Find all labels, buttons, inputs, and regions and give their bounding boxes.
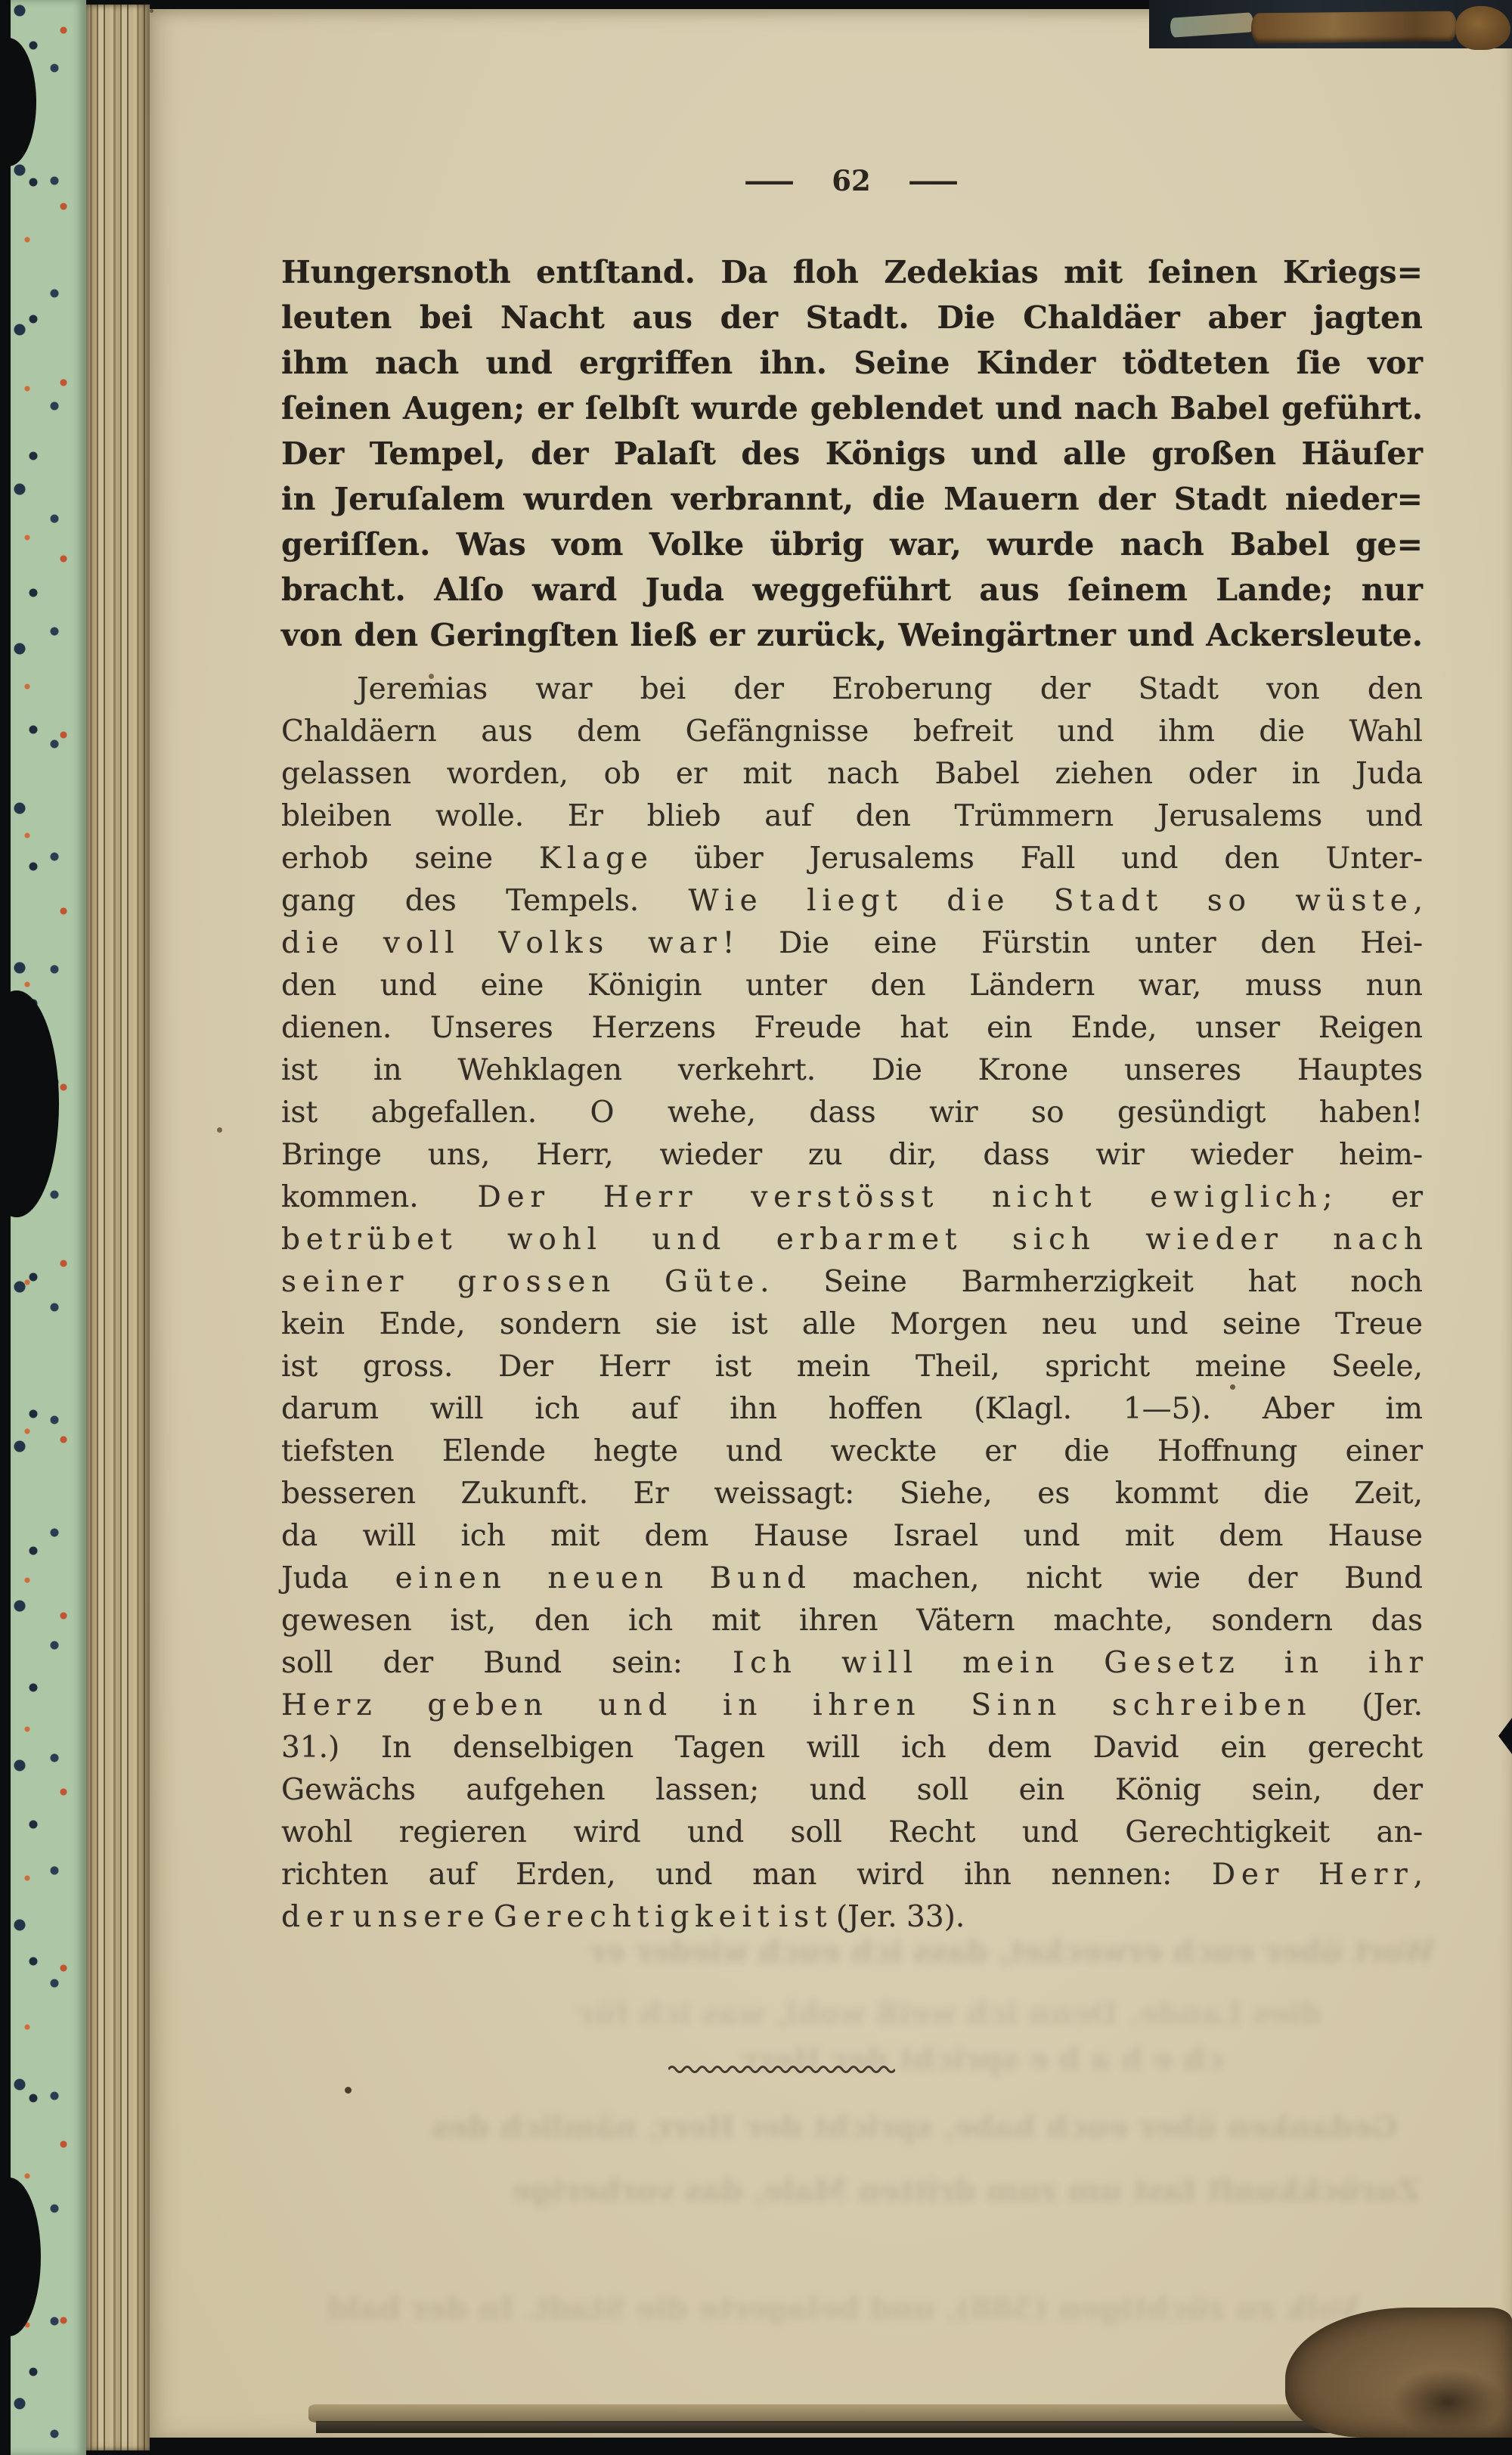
antiqua-line: erhob seine K l a g e über Jerusalems Fa…	[281, 838, 1423, 880]
bleedthrough-text: Gedanken über euch habe, spricht der Her…	[263, 2109, 1397, 2145]
paper-specks	[150, 9, 153, 13]
antiqua-line: s e i n e r g r o s s e n G ü t e . Sein…	[281, 1261, 1423, 1303]
fraktur-line: von den Geringſten ließ er zurück, Weing…	[281, 612, 1423, 658]
book-page: — 62 — Hungersnoth entſtand. Da floh Zed…	[150, 9, 1512, 2438]
antiqua-line: richten auf Erden, und man wird ihn nenn…	[281, 1854, 1423, 1896]
antiqua-line: Chaldäern aus dem Gefängnisse befreit un…	[281, 711, 1423, 753]
fraktur-paragraph: Hungersnoth entſtand. Da floh Zedekias m…	[281, 250, 1423, 658]
antiqua-line: ist in Wehklagen verkehrt. Die Krone uns…	[281, 1049, 1423, 1092]
antiqua-line: ist gross. Der Herr ist mein Theil, spri…	[281, 1346, 1423, 1388]
bleedthrough-text: dies Lande. Denn ich weiß wohl, was ich …	[339, 1996, 1321, 2032]
header-dash-left: —	[743, 164, 796, 197]
corner-damage-shadow	[1391, 2368, 1504, 2436]
leather-spine-strip	[1251, 11, 1457, 44]
page-header: — 62 —	[281, 164, 1421, 197]
antiqua-line: da will ich mit dem Hause Israel und mit…	[281, 1515, 1423, 1558]
fraktur-line: Hungersnoth entſtand. Da floh Zedekias m…	[281, 250, 1423, 295]
antiqua-line: d i e v o l l V o l k s w a r ! Die eine…	[281, 922, 1423, 965]
antiqua-line: Bringe uns, Herr, wieder zu dir, dass wi…	[281, 1134, 1423, 1176]
antiqua-line: H e r z g e b e n u n d i n i h r e n S …	[281, 1685, 1423, 1727]
header-dash-right: —	[906, 164, 959, 197]
antiqua-line: Jeremias war bei der Eroberung der Stadt…	[281, 668, 1423, 711]
antiqua-line: besseren Zukunft. Er weissagt: Siehe, es…	[281, 1473, 1423, 1515]
antiqua-paragraph: Jeremias war bei der Eroberung der Stadt…	[281, 668, 1423, 1939]
page-edge-stack	[86, 5, 150, 2450]
antiqua-line: bleiben wolle. Er blieb auf den Trümmern…	[281, 795, 1423, 838]
fraktur-line: ihm nach und ergriffen ihn. Seine Kinder…	[281, 340, 1423, 386]
bleedthrough-text: Zurückkunft fast um zum dritten Male, da…	[240, 2173, 1420, 2209]
book-scan: { "page": { "number": "62", "dash": "\u2…	[0, 0, 1512, 2455]
antiqua-line: gewesen ist, den ich mit ihren Vätern ma…	[281, 1600, 1423, 1642]
antiqua-line: dienen. Unseres Herzens Freude hat ein E…	[281, 1007, 1423, 1049]
fraktur-line: in Jeruſalem wurden verbrannt, die Mauer…	[281, 476, 1423, 522]
bleedthrough-text: ch e h a b e spricht der Herr	[543, 2041, 1223, 2077]
antiqua-line: darum will ich auf ihn hoffen (Klagl. 1—…	[281, 1388, 1423, 1431]
antiqua-line: Juda e i n e n n e u e n B u n d machen,…	[281, 1558, 1423, 1600]
fraktur-line: leuten bei Nacht aus der Stadt. Die Chal…	[281, 295, 1423, 340]
antiqua-line: gang des Tempels. W i e l i e g t d i e …	[281, 880, 1423, 922]
antiqua-line: gelassen worden, ob er mit nach Babel zi…	[281, 753, 1423, 795]
bleedthrough-text: Volk zu züchtigen (588), und belagerte d…	[301, 2291, 1359, 2326]
marbled-cover-edge	[11, 0, 86, 2455]
antiqua-line: kommen. D e r H e r r v e r s t ö s s t …	[281, 1176, 1423, 1219]
antiqua-line: 31.) In denselbigen Tagen will ich dem D…	[281, 1727, 1423, 1769]
antiqua-line: Gewächs aufgehen lassen; und soll ein Kö…	[281, 1769, 1423, 1812]
fraktur-line: geriſſen. Was vom Volke übrig war, wurde…	[281, 522, 1423, 567]
antiqua-line: tiefsten Elende hegte und weckte er die …	[281, 1431, 1423, 1473]
antiqua-line: den und eine Königin unter den Ländern w…	[281, 965, 1423, 1007]
antiqua-line: soll der Bund sein: I c h w i l l m e i …	[281, 1642, 1423, 1685]
antiqua-line: ist abgefallen. O wehe, dass wir so gesü…	[281, 1092, 1423, 1134]
fraktur-line: Der Tempel, der Palaſt des Königs und al…	[281, 431, 1423, 476]
antiqua-line: wohl regieren wird und soll Recht und Ge…	[281, 1812, 1423, 1854]
antiqua-line: d e r u n s e r e G e r e c h t i g k e …	[281, 1896, 1423, 1939]
fraktur-line: bracht. Alſo ward Juda weggeführt aus ſe…	[281, 567, 1423, 612]
page-number: 62	[832, 164, 871, 197]
fraktur-line: ſeinen Augen; er ſelbſt wurde geblendet …	[281, 386, 1423, 431]
bleedthrough-text: Wort über euch erwecket, dass ich euch w…	[376, 1934, 1435, 1970]
antiqua-line: b e t r ü b e t w o h l u n d e r b a r …	[281, 1219, 1423, 1261]
leather-corner-piece	[1456, 6, 1510, 50]
antiqua-line: kein Ende, sondern sie ist alle Morgen n…	[281, 1303, 1423, 1346]
